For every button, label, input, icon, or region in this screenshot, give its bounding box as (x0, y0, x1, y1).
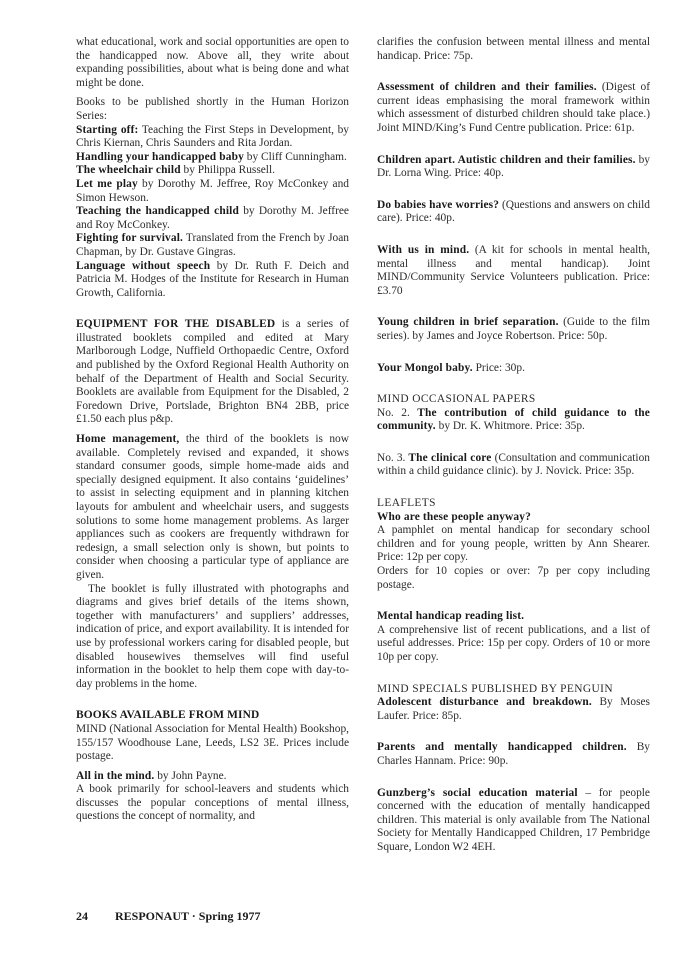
book-entry: Gunzberg’s social education material – f… (377, 787, 650, 855)
series-book: The wheelchair child by Philippa Russell… (76, 164, 349, 178)
paper-entry: No. 3. The clinical core (Consultation a… (377, 452, 650, 479)
book-entry: All in the mind. by John Payne. (76, 770, 349, 784)
book-entry: Young children in brief separation. (Gui… (377, 316, 650, 343)
section-heading: BOOKS AVAILABLE FROM MIND (76, 709, 349, 723)
book-entry: Children apart. Autistic children and th… (377, 154, 650, 181)
book-title: Parents and mentally handicapped childre… (377, 741, 627, 753)
section-heading: LEAFLETS (377, 497, 650, 511)
book-title: All in the mind. (76, 770, 154, 782)
leaflet-orders: Orders for 10 copies or over: 7p per cop… (377, 565, 650, 592)
book-entry: Your Mongol baby. Price: 30p. (377, 362, 650, 376)
book-title: Let me play (76, 178, 138, 190)
publication-name: RESPONAUT · Spring 1977 (115, 909, 260, 923)
book-title: Handling your handicapped baby (76, 151, 244, 163)
book-title: Young children in brief separation. (377, 316, 559, 328)
book-entry: Assessment of children and their familie… (377, 81, 650, 135)
leaflet-description: A pamphlet on mental handicap for second… (377, 524, 650, 565)
series-book: Fighting for survival. Translated from t… (76, 232, 349, 259)
series-book: Starting off: Teaching the First Steps i… (76, 124, 349, 151)
book-title: With us in mind. (377, 244, 469, 256)
series-book: Teaching the handicapped child by Doroth… (76, 205, 349, 232)
book-title: The wheelchair child (76, 164, 181, 176)
right-column: clarifies the confusion between mental i… (377, 36, 650, 855)
paper-entry: No. 2. The contribution of child guidanc… (377, 407, 650, 434)
book-title: Do babies have worries? (377, 199, 499, 211)
book-entry: Adolescent disturbance and breakdown. By… (377, 696, 650, 723)
leaflet-description: A comprehensive list of recent publicati… (377, 624, 650, 665)
book-title: Fighting for survival. (76, 232, 183, 244)
book-title: Children apart. Autistic children and th… (377, 154, 636, 166)
book-entry: Parents and mentally handicapped childre… (377, 741, 650, 768)
left-column: what educational, work and social opport… (76, 36, 349, 824)
continuation-paragraph: clarifies the confusion between mental i… (377, 36, 650, 63)
series-book: Let me play by Dorothy M. Jeffree, Roy M… (76, 178, 349, 205)
book-title: Assessment of children and their familie… (377, 81, 597, 93)
book-title: Home management, (76, 433, 179, 445)
home-management-paragraph: Home management, the third of the bookle… (76, 433, 349, 583)
book-title: Your Mongol baby. (377, 362, 473, 374)
page-footer: 24 RESPONAUT · Spring 1977 (76, 909, 260, 924)
series-book: Language without speech by Dr. Ruth F. D… (76, 260, 349, 301)
page-number: 24 (76, 909, 88, 923)
book-entry: Do babies have worries? (Questions and a… (377, 199, 650, 226)
home-management-paragraph-2: The booklet is fully illustrated with ph… (76, 583, 349, 692)
leaflet-title: Mental handicap reading list. (377, 610, 650, 624)
section-heading: MIND OCCASIONAL PAPERS (377, 393, 650, 407)
intro-paragraph: what educational, work and social opport… (76, 36, 349, 90)
paper-title: The clinical core (408, 452, 491, 464)
series-book: Handling your handicapped baby by Cliff … (76, 151, 349, 165)
equipment-section: EQUIPMENT FOR THE DISABLED is a series o… (76, 318, 349, 427)
section-heading: MIND SPECIALS PUBLISHED BY PENGUIN (377, 683, 650, 697)
book-entry: With us in mind. (A kit for schools in m… (377, 244, 650, 298)
book-title: Gunzberg’s social education material (377, 787, 578, 799)
series-intro: Books to be published shortly in the Hum… (76, 96, 349, 123)
book-title: Adolescent disturbance and breakdown. (377, 696, 592, 708)
leaflet-title: Who are these people anyway? (377, 511, 650, 525)
book-title: Language without speech (76, 260, 210, 272)
mind-address: MIND (National Association for Mental He… (76, 723, 349, 764)
book-description: A book primarily for school-leavers and … (76, 783, 349, 824)
book-title: Teaching the handicapped child (76, 205, 239, 217)
book-title: Starting off: (76, 124, 139, 136)
section-heading: EQUIPMENT FOR THE DISABLED (76, 318, 275, 330)
